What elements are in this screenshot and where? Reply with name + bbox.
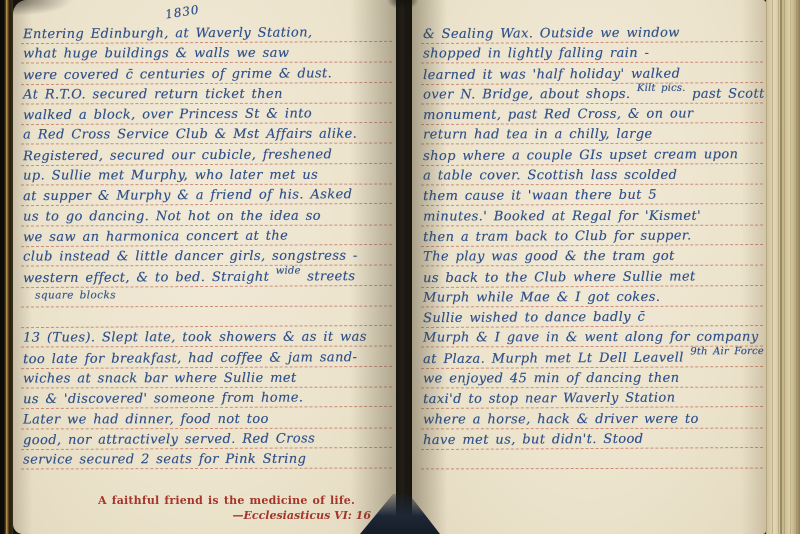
- handwriting-text: over N. Bridge, about shops. Kilt pics. …: [423, 87, 765, 103]
- handwriting-text: a table cover. Scottish lass scolded: [423, 168, 677, 184]
- handwritten-line: wiches at snack bar where Sullie met: [21, 368, 392, 389]
- handwritten-line: [21, 306, 392, 329]
- handwritten-line: return had tea in a chilly, large: [421, 124, 763, 145]
- handwriting-text: walked a block, over Princess St & into: [23, 107, 312, 124]
- left-page-handwriting: Entering Edinburgh, at Waverly Station,w…: [21, 23, 392, 470]
- handwriting-text: up. Sullie met Murphy, who later met us: [23, 168, 318, 184]
- handwritten-line: taxi'd to stop near Waverly Station: [421, 387, 763, 409]
- handwritten-line: have met us, but didn't. Stood: [421, 428, 763, 450]
- diary-book-photo: 1830 Entering Edinburgh, at Waverly Stat…: [0, 0, 800, 534]
- handwriting-text: minutes.' Booked at Regal for 'Kismet': [423, 209, 701, 225]
- handwritten-line: them cause it 'waan there but 5: [421, 184, 763, 206]
- handwritten-line: Sullie wished to dance badly c̄: [421, 306, 763, 328]
- handwriting-text: wiches at snack bar where Sullie met: [23, 371, 297, 387]
- handwritten-line: The play was good & the tram got: [421, 246, 763, 267]
- handwritten-line: where a horse, hack & driver were to: [421, 408, 763, 429]
- handwritten-line: 13 (Tues). Slept late, took showers & as…: [21, 327, 392, 348]
- handwriting-text: Murph & I gave in & went along for compa…: [423, 330, 758, 346]
- handwritten-line: over N. Bridge, about shops. Kilt pics. …: [421, 83, 763, 104]
- handwriting-text: what huge buildings & walls we saw: [23, 46, 289, 62]
- quote-text: A faithful friend is the medicine of lif…: [26, 493, 409, 508]
- handwriting-text: Murph while Mae & I got cokes.: [423, 290, 660, 306]
- right-page: & Sealing Wax. Outside we windowshopped …: [412, 0, 766, 534]
- gutter-top-shadow: [388, 0, 418, 9]
- page-edge-line: [780, 0, 782, 534]
- handwriting-text: a Red Cross Service Club & Mst Affairs a…: [23, 127, 357, 143]
- handwritten-line: at Plaza. Murph met Lt Dell Leavell 9th …: [421, 347, 763, 369]
- handwritten-line: a table cover. Scottish lass scolded: [421, 165, 763, 186]
- handwritten-line: walked a block, over Princess St & into: [21, 103, 392, 126]
- handwritten-line: Entering Edinburgh, at Waverly Station,: [21, 22, 392, 45]
- handwritten-line: At R.T.O. secured return ticket then: [21, 83, 392, 104]
- handwriting-text: them cause it 'waan there but 5: [423, 188, 657, 204]
- handwriting-text: we saw an harmonica concert at the: [23, 229, 288, 246]
- inserted-word: 9th Air Force: [690, 346, 764, 357]
- handwriting-text: where a horse, hack & driver were to: [423, 412, 699, 428]
- handwriting-text: monument, past Red Cross, & on our: [423, 107, 694, 124]
- handwritten-line: club instead & little dancer girls, song…: [21, 246, 392, 267]
- left-page-quote: A faithful friend is the medicine of lif…: [26, 493, 409, 523]
- handwriting-text: us to go dancing. Not hot on the idea so: [23, 209, 321, 225]
- handwritten-line: what huge buildings & walls we saw: [21, 43, 392, 64]
- handwriting-text: too late for breakfast, had coffee & jam…: [23, 350, 357, 367]
- handwriting-text: & Sealing Wax. Outside we window: [423, 26, 680, 43]
- inserted-word: wide: [276, 265, 301, 276]
- book-cover-spine-edge: [0, 0, 13, 534]
- handwriting-text: At R.T.O. secured return ticket then: [23, 87, 283, 103]
- handwriting-text: service secured 2 seats for Pink String: [23, 452, 306, 468]
- handwriting-text: taxi'd to stop near Waverly Station: [423, 391, 675, 408]
- handwriting-text: square blocks: [35, 289, 116, 301]
- handwriting-text: club instead & little dancer girls, song…: [23, 249, 358, 265]
- handwritten-line: us & 'discovered' someone from home.: [21, 387, 392, 410]
- handwriting-text: us & 'discovered' someone from home.: [23, 391, 303, 408]
- handwritten-line: [421, 449, 763, 470]
- top-left-corner-shadow: [13, 0, 73, 16]
- handwriting-text: good, nor attractively served. Red Cross: [23, 432, 315, 449]
- left-page: 1830 Entering Edinburgh, at Waverly Stat…: [13, 0, 396, 534]
- handwritten-line: square blocks: [21, 286, 392, 307]
- handwriting-text: at supper & Murphy & a friend of his. As…: [23, 188, 352, 205]
- handwritten-line: shop where a couple GIs upset cream upon: [421, 144, 763, 166]
- handwriting-text: Later we had dinner, food not too: [23, 412, 269, 428]
- handwritten-line: at supper & Murphy & a friend of his. As…: [21, 184, 392, 207]
- handwriting-text: shop where a couple GIs upset cream upon: [423, 147, 738, 164]
- handwriting-text: The play was good & the tram got: [423, 249, 675, 265]
- inserted-word: Kilt pics.: [637, 83, 686, 94]
- handwritten-line: Registered, secured our cubicle, freshen…: [21, 144, 392, 167]
- handwriting-text: Sullie wished to dance badly c̄: [423, 310, 645, 326]
- handwriting-text: we enjoyed 45 min of dancing then: [423, 371, 679, 387]
- handwritten-line: us back to the Club where Sullie met: [421, 266, 763, 288]
- handwriting-text: shopped in lightly falling rain -: [423, 46, 649, 62]
- quote-attribution: —Ecclesiasticus VI: 16: [26, 508, 409, 523]
- handwritten-line: western effect, & to bed. Straight wide …: [21, 265, 392, 288]
- handwritten-line: Murph & I gave in & went along for compa…: [421, 327, 763, 348]
- handwriting-text: western effect, & to bed. Straight wide …: [23, 269, 355, 286]
- handwriting-text: learned it was 'half holiday' walked: [423, 66, 680, 83]
- stacked-page-edges: [766, 0, 800, 534]
- handwritten-line: too late for breakfast, had coffee & jam…: [21, 347, 392, 370]
- handwriting-text: at Plaza. Murph met Lt Dell Leavell 9th …: [423, 350, 783, 367]
- handwriting-text: return had tea in a chilly, large: [423, 128, 653, 144]
- book-gutter: [396, 0, 412, 534]
- handwriting-text: were covered c̄ centuries of grime & dus…: [23, 66, 332, 83]
- handwritten-line: up. Sullie met Murphy, who later met us: [21, 165, 392, 186]
- handwriting-text: 13 (Tues). Slept late, took showers & as…: [23, 330, 367, 346]
- handwritten-line: were covered c̄ centuries of grime & dus…: [21, 62, 392, 85]
- handwritten-line: learned it was 'half holiday' walked: [421, 63, 763, 85]
- handwriting-text: us back to the Club where Sullie met: [423, 269, 696, 286]
- handwritten-line: & Sealing Wax. Outside we window: [421, 22, 763, 44]
- handwritten-line: we enjoyed 45 min of dancing then: [421, 368, 763, 389]
- handwriting-text: Entering Edinburgh, at Waverly Station,: [23, 26, 312, 43]
- handwritten-line: monument, past Red Cross, & on our: [421, 103, 763, 125]
- time-notation: 1830: [164, 2, 200, 21]
- handwritten-line: shopped in lightly falling rain -: [421, 43, 763, 64]
- handwritten-line: then a tram back to Club for supper.: [421, 225, 763, 247]
- handwritten-line: Murph while Mae & I got cokes.: [421, 286, 763, 307]
- handwritten-line: good, nor attractively served. Red Cross: [21, 428, 392, 451]
- handwritten-line: a Red Cross Service Club & Mst Affairs a…: [21, 124, 392, 145]
- handwritten-line: minutes.' Booked at Regal for 'Kismet': [421, 205, 763, 226]
- handwriting-text: then a tram back to Club for supper.: [423, 229, 692, 246]
- right-page-handwriting: & Sealing Wax. Outside we windowshopped …: [421, 23, 763, 470]
- handwritten-line: us to go dancing. Not hot on the idea so: [21, 205, 392, 226]
- handwritten-line: Later we had dinner, food not too: [21, 408, 392, 429]
- handwritten-line: we saw an harmonica concert at the: [21, 225, 392, 248]
- handwritten-line: service secured 2 seats for Pink String: [21, 449, 392, 470]
- handwriting-text: Registered, secured our cubicle, freshen…: [23, 147, 332, 164]
- handwriting-text: have met us, but didn't. Stood: [423, 432, 643, 448]
